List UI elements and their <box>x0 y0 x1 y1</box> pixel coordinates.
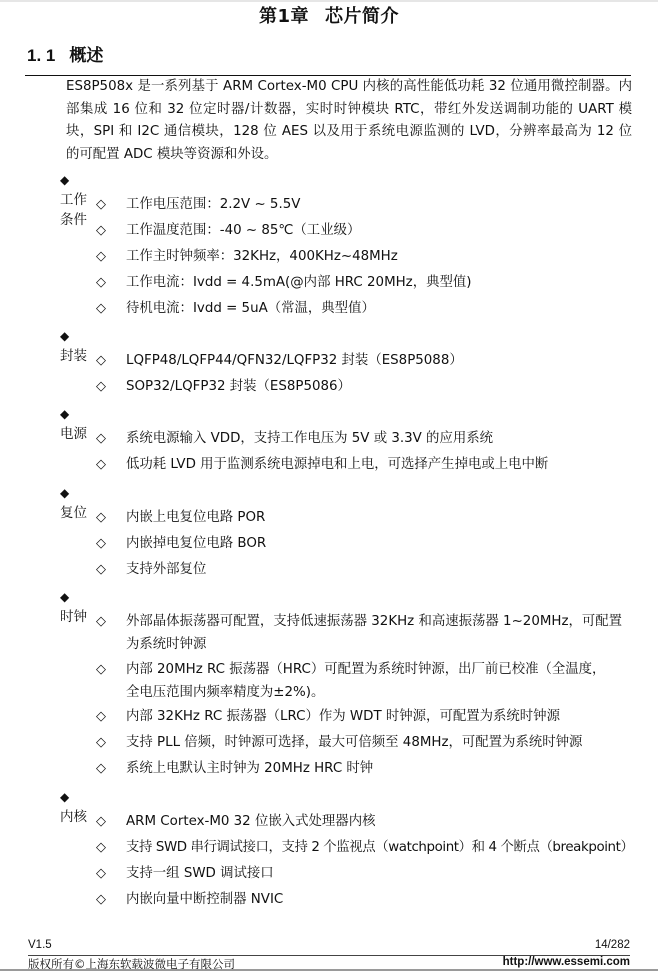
filled-diamond-icon: ◆ <box>60 404 88 424</box>
list-item: ◇支持外部复位 <box>96 559 632 582</box>
list-item: ◇支持 PLL 倍频，时钟源可选择，最大可倍频至 48MHz，可配置为系统时钟源 <box>96 732 632 755</box>
list-item: ◇低功耗 LVD 用于监测系统电源掉电和上电，可选择产生掉电或上电中断 <box>96 454 632 477</box>
hollow-diamond-icon: ◇ <box>96 533 106 556</box>
hollow-diamond-icon: ◇ <box>96 863 106 886</box>
section-title: 1. 1概述 <box>27 41 103 66</box>
hollow-diamond-icon: ◇ <box>96 298 106 321</box>
feature-group-title: ◆封装 <box>60 326 88 346</box>
section-number: 1. 1 <box>27 46 55 65</box>
page-footer-meta: V1.5 14/282 <box>28 937 630 955</box>
chapter-label: 第1章 <box>259 6 309 27</box>
hollow-diamond-icon: ◇ <box>96 837 106 860</box>
intro-paragraph: ES8P508x 是一系列基于 ARM Cortex-M0 CPU 内核的高性能… <box>66 76 632 166</box>
filled-diamond-icon: ◆ <box>60 326 88 346</box>
hollow-diamond-icon: ◇ <box>96 559 106 582</box>
list-item: ◇内部 20MHz RC 振荡器（HRC）可配置为系统时钟源，出厂前已校准（全温… <box>96 659 632 704</box>
feature-group-title: ◆工作条件 <box>60 170 88 190</box>
hollow-diamond-icon: ◇ <box>96 811 106 834</box>
document-page: 第1章芯片简介 1. 1概述 ES8P508x 是一系列基于 ARM Corte… <box>0 0 658 971</box>
list-item: ◇系统上电默认主时钟为 20MHz HRC 时钟 <box>96 758 632 781</box>
hollow-diamond-icon: ◇ <box>96 507 106 530</box>
hollow-diamond-icon: ◇ <box>96 350 106 373</box>
list-item: ◇内部 32KHz RC 振荡器（LRC）作为 WDT 时钟源，可配置为系统时钟… <box>96 706 632 729</box>
filled-diamond-icon: ◆ <box>60 483 88 503</box>
section-name: 概述 <box>69 46 103 66</box>
intro-line: 部集成 16 位和 32 位定时器/计数器，实时时钟模块 RTC，带红外发送调制… <box>66 99 632 122</box>
filled-diamond-icon: ◆ <box>60 170 88 190</box>
intro-line: 块，SPI 和 I2C 通信模块，128 位 AES 以及用于系统电源监测的 L… <box>66 121 632 144</box>
feature-group-title: ◆复位 <box>60 483 88 503</box>
hollow-diamond-icon: ◇ <box>96 659 106 682</box>
hollow-diamond-icon: ◇ <box>96 732 106 755</box>
hollow-diamond-icon: ◇ <box>96 220 106 243</box>
website-link[interactable]: http://www.essemi.com <box>503 956 630 968</box>
intro-line: ES8P508x 是一系列基于 ARM Cortex-M0 CPU 内核的高性能… <box>66 76 632 99</box>
list-item: ◇ARM Cortex-M0 32 位嵌入式处理器内核 <box>96 811 632 834</box>
filled-diamond-icon: ◆ <box>60 787 88 807</box>
feature-group-title: ◆电源 <box>60 404 88 424</box>
hollow-diamond-icon: ◇ <box>96 611 106 634</box>
document-version: V1.5 <box>28 939 52 951</box>
list-item: ◇LQFP48/LQFP44/QFN32/LQFP32 封装（ES8P5088） <box>96 350 632 373</box>
hollow-diamond-icon: ◇ <box>96 194 106 217</box>
chapter-title: 第1章芯片简介 <box>0 2 658 28</box>
hollow-diamond-icon: ◇ <box>96 428 106 451</box>
chapter-name: 芯片简介 <box>325 6 399 27</box>
page-number: 14/282 <box>595 939 630 951</box>
list-item: ◇内嵌向量中断控制器 NVIC <box>96 889 632 912</box>
hollow-diamond-icon: ◇ <box>96 889 106 912</box>
list-item: ◇工作主时钟频率：32KHz，400KHz~48MHz <box>96 246 632 269</box>
feature-group-title: ◆时钟 <box>60 587 88 607</box>
feature-group-title: ◆内核 <box>60 787 88 807</box>
list-item: ◇支持 SWD 串行调试接口，支持 2 个监视点（watchpoint）和 4 … <box>96 837 632 860</box>
list-item: ◇外部晶体振荡器可配置，支持低速振荡器 32KHz 和高速振荡器 1~20MHz… <box>96 611 632 656</box>
list-item: ◇系统电源输入 VDD，支持工作电压为 5V 或 3.3V 的应用系统 <box>96 428 632 451</box>
list-item: ◇工作电流：Ivdd = 4.5mA(@内部 HRC 20MHz，典型值) <box>96 272 632 295</box>
hollow-diamond-icon: ◇ <box>96 272 106 295</box>
hollow-diamond-icon: ◇ <box>96 758 106 781</box>
list-item: ◇SOP32/LQFP32 封装（ES8P5086） <box>96 376 632 399</box>
hollow-diamond-icon: ◇ <box>96 376 106 399</box>
hollow-diamond-icon: ◇ <box>96 706 106 729</box>
intro-line: 的可配置 ADC 模块等资源和外设。 <box>66 144 632 167</box>
list-item: ◇待机电流：Ivdd = 5uA（常温，典型值） <box>96 298 632 321</box>
list-item: ◇内嵌掉电复位电路 BOR <box>96 533 632 556</box>
hollow-diamond-icon: ◇ <box>96 454 106 477</box>
filled-diamond-icon: ◆ <box>60 587 88 607</box>
list-item: ◇内嵌上电复位电路 POR <box>96 507 632 530</box>
hollow-diamond-icon: ◇ <box>96 246 106 269</box>
list-item: ◇工作电压范围：2.2V ~ 5.5V <box>96 194 632 217</box>
list-item: ◇工作温度范围：-40 ~ 85℃（工业级） <box>96 220 632 243</box>
list-item: ◇支持一组 SWD 调试接口 <box>96 863 632 886</box>
